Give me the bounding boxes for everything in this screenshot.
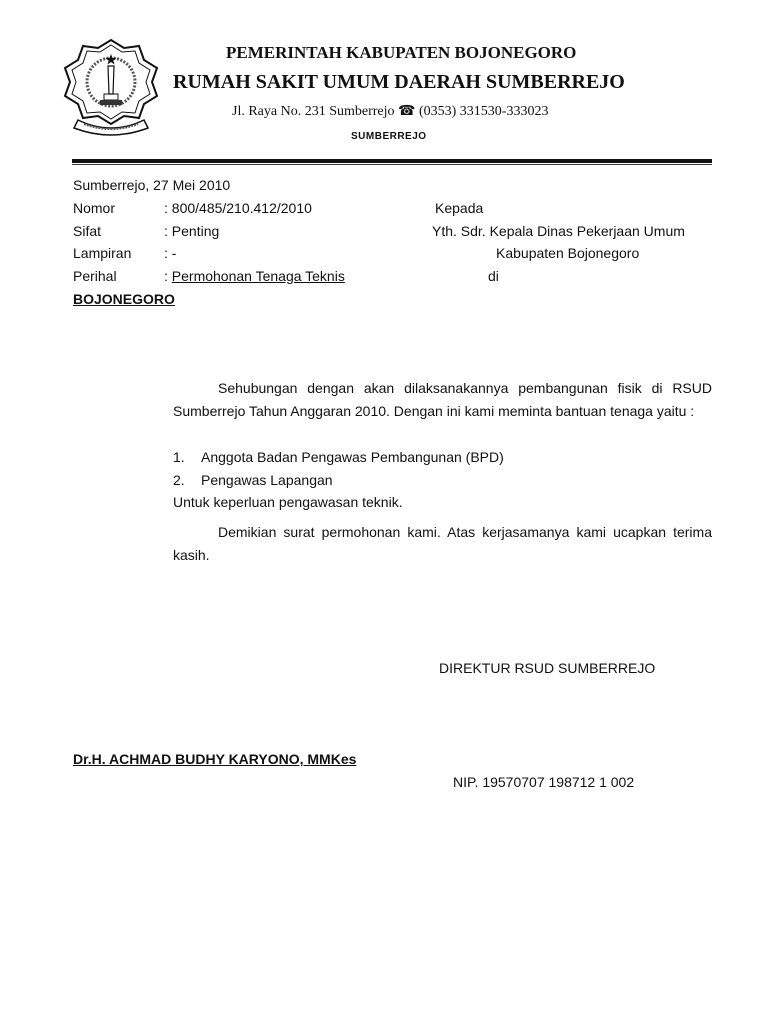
perihal-colon: : [164,268,172,284]
body-paragraph-1: Sehubungan dengan akan dilaksanakannya p… [173,377,712,423]
recipient-line1: Yth. Sdr. Kepala Dinas Pekerjaan Umum [432,223,685,239]
field-value-nomor: : 800/485/210.412/2010 [164,200,312,216]
telephone-icon: ☎ [398,103,415,119]
list-number: 1. [173,449,201,465]
recipient-line2: Kabupaten Bojonegoro [496,245,639,261]
regency-emblem-logo [56,36,166,136]
field-value-sifat: : Penting [164,223,219,239]
field-label-perihal: Perihal [73,268,117,284]
address-text: Jl. Raya No. 231 Sumberrejo [232,104,395,119]
signatory-name: Dr.H. ACHMAD BUDHY KARYONO, MMKes [73,751,356,767]
list-text: Pengawas Lapangan [201,472,333,488]
address-line: Jl. Raya No. 231 Sumberrejo ☎ (0353) 331… [232,103,548,120]
closing-paragraph: Demikian surat permohonan kami. Atas ker… [173,521,712,567]
emblem-icon [56,36,166,136]
field-label-lampiran: Lampiran [73,245,131,261]
recipient-line3: di [488,268,499,284]
list-text: Anggota Badan Pengawas Pembangunan (BPD) [201,449,504,465]
letterhead-divider-thick [72,159,712,163]
field-label-nomor: Nomor [73,200,115,216]
government-heading: PEMERINTAH KABUPATEN BOJONEGORO [226,43,576,63]
institution-heading: RUMAH SAKIT UMUM DAERAH SUMBERREJO [173,71,625,94]
list-item-1: 1.Anggota Badan Pengawas Pembangunan (BP… [173,449,504,465]
place-date: Sumberrejo, 27 Mei 2010 [73,177,230,193]
list-number: 2. [173,472,201,488]
field-value-lampiran: : - [164,245,176,261]
letterhead-divider-thin [72,164,712,165]
destination-city: BOJONEGORO [73,291,175,307]
signatory-title: DIREKTUR RSUD SUMBERREJO [439,660,655,676]
signatory-nip: NIP. 19570707 198712 1 002 [453,774,634,790]
city-subheading: SUMBERREJO [351,131,427,142]
field-value-perihal: : Permohonan Tenaga Teknis [164,268,345,284]
perihal-subject: Permohonan Tenaga Teknis [172,268,345,284]
field-label-sifat: Sifat [73,223,101,239]
phone-number: (0353) 331530-333023 [419,104,549,119]
list-item-2: 2.Pengawas Lapangan [173,472,333,488]
purpose-line: Untuk keperluan pengawasan teknik. [173,494,403,510]
recipient-to: Kepada [435,200,483,216]
